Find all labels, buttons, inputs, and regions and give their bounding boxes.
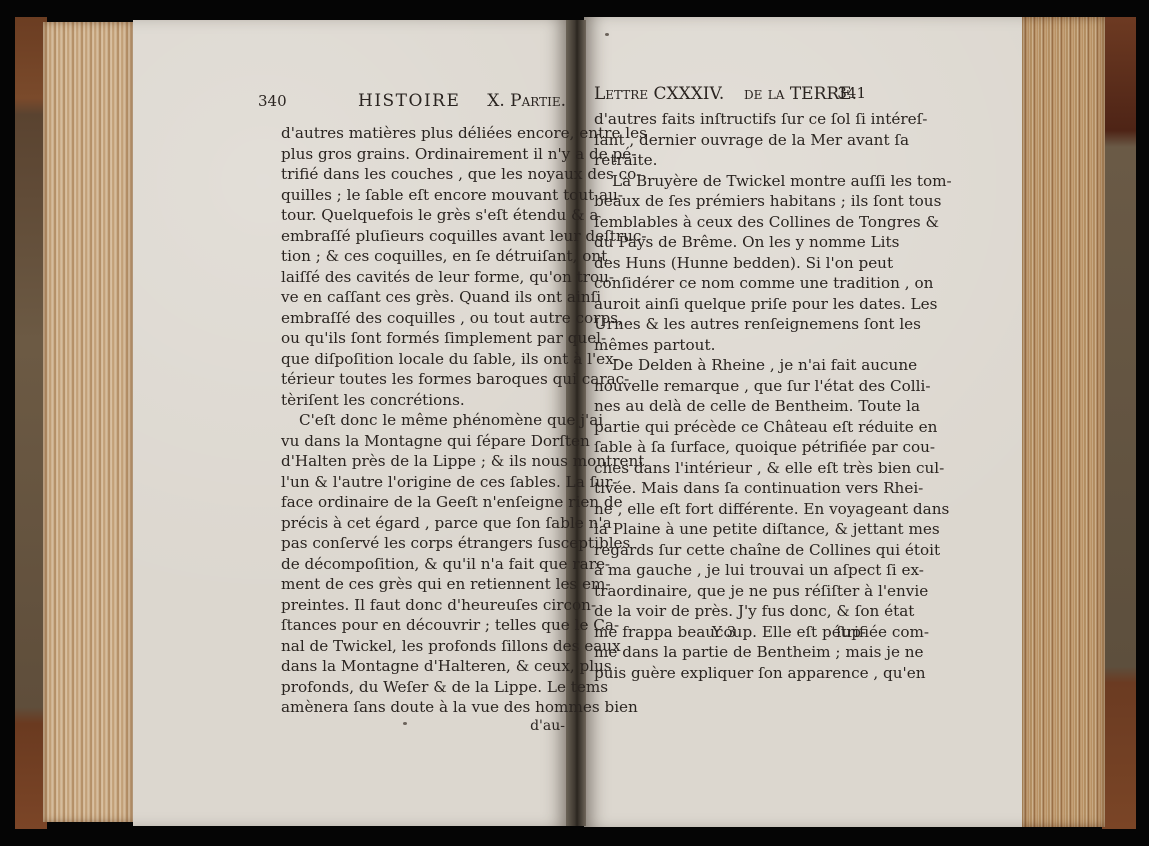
text-line: Urnes & les autres renſeignemens ſont le… <box>594 314 866 335</box>
text-line: tion ; & ces coquilles, en ſe détruiſant… <box>281 246 565 267</box>
text-line: ches dans l'intérieur , & elle eſt très … <box>594 458 866 479</box>
right-page-number: 341 <box>837 84 866 102</box>
text-line: ou qu'ils ſont formés ſimplement par que… <box>281 328 565 349</box>
text-line: embraſſé des coquilles , ou tout autre c… <box>281 308 565 329</box>
text-line: De Delden à Rheine , je n'ai fait aucune <box>594 355 866 376</box>
text-line: de décompoſition, & qu'il n'a fait que r… <box>281 554 565 575</box>
right-page-stack <box>1020 17 1105 827</box>
text-line: d'Halten près de la Lippe ; & ils nous m… <box>281 451 565 472</box>
left-page-stack <box>43 22 133 822</box>
text-line: ſemblables à ceux des Collines de Tongre… <box>594 212 866 233</box>
text-line: pas conſervé les corps étrangers ſuscept… <box>281 533 565 554</box>
paper-speck <box>403 722 407 725</box>
text-line: de la voir de près. J'y fus donc, & ſon … <box>594 601 866 622</box>
text-line: amènera ſans doute à la vue des hommes b… <box>281 697 565 718</box>
text-line: plus gros grains. Ordinairement il n'y a… <box>281 144 565 165</box>
text-line: embraſſé pluſieurs coquilles avant leur … <box>281 226 565 247</box>
text-line: nal de Twickel, les profonds ſillons des… <box>281 636 565 657</box>
left-page-number: 340 <box>258 92 287 110</box>
text-line: profonds, du Weſer & de la Lippe. Le tem… <box>281 677 565 698</box>
text-line: nes au delà de celle de Bentheim. Toute … <box>594 396 866 417</box>
text-line: tivée. Mais dans ſa continuation vers Rh… <box>594 478 866 499</box>
text-line: C'eſt donc le même phénomène que j'ai <box>281 410 565 431</box>
text-line: auroit ainſi quelque priſe pour les date… <box>594 294 866 315</box>
text-line: La Bruyère de Twickel montre auſſi les t… <box>594 171 866 192</box>
right-page-body: d'autres faits inſtructifs ſur ce ſol ſi… <box>594 109 866 683</box>
text-line: retraite. <box>594 150 866 171</box>
text-line: tèriſent les concrétions. <box>281 390 565 411</box>
text-line: dans la Montagne d'Halteren, & ceux, plu… <box>281 656 565 677</box>
right-catchword: ſup- <box>836 623 866 641</box>
text-line: ve en caſſant ces grès. Quand ils ont ai… <box>281 287 565 308</box>
paper-speck <box>605 33 609 36</box>
text-line: du Pays de Brême. On les y nomme Lits <box>594 232 866 253</box>
text-line: tour. Quelquefois le grès s'eſt étendu &… <box>281 205 565 226</box>
text-line: ſant , dernier ouvrage de la Mer avant ſ… <box>594 130 866 151</box>
text-line: d'autres faits inſtructifs ſur ce ſol ſi… <box>594 109 866 130</box>
right-cover-edge <box>1102 17 1136 829</box>
right-page-header: Lettre CXXXIV. de la TERRE. 341 <box>594 84 866 104</box>
text-line: ment de ces grès qui en retiennent les e… <box>281 574 565 595</box>
text-line: puis guère expliquer ſon apparence , qu'… <box>594 663 866 684</box>
text-line: trifié dans les couches , que les noyaux… <box>281 164 565 185</box>
text-line: conſidérer ce nom comme une tradition , … <box>594 273 866 294</box>
text-line: d'autres matières plus déliées encore, e… <box>281 123 565 144</box>
text-line: laiſſé des cavités de leur forme, qu'on … <box>281 267 565 288</box>
text-line: me dans la partie de Bentheim ; mais je … <box>594 642 866 663</box>
text-line: des Huns (Hunne bedden). Si l'on peut <box>594 253 866 274</box>
left-page-body: d'autres matières plus déliées encore, e… <box>281 123 565 718</box>
text-line: ſable à ſa ſurface, quoique pétrifiée pa… <box>594 437 866 458</box>
text-line: à ma gauche , je lui trouvai un aſpect ſ… <box>594 560 866 581</box>
right-letter-label: Lettre CXXXIV. <box>594 84 724 104</box>
text-line: regards ſur cette chaîne de Collines qui… <box>594 540 866 561</box>
left-page-header: 340 HISTOIRE X. Partie. <box>258 91 566 111</box>
text-line: l'un & l'autre l'origine de ces ſables. … <box>281 472 565 493</box>
open-book: 340 HISTOIRE X. Partie. d'autres matière… <box>0 0 1149 846</box>
text-line: mêmes partout. <box>594 335 866 356</box>
text-line: beaux de ſes prémiers habitans ; ils ſon… <box>594 191 866 212</box>
text-line: vu dans la Montagne qui ſépare Dorſten <box>281 431 565 452</box>
left-running-title: HISTOIRE <box>358 91 460 111</box>
text-line: face ordinaire de la Geeſt n'enſeigne ri… <box>281 492 565 513</box>
left-catchword: d'au- <box>530 718 565 734</box>
text-line: traordinaire, que je ne pus réſiſter à l… <box>594 581 866 602</box>
text-line: que diſpoſition locale du ſable, ils ont… <box>281 349 565 370</box>
text-line: précis à cet égard , parce que ſon ſable… <box>281 513 565 534</box>
text-line: quilles ; le ſable eſt encore mouvant to… <box>281 185 565 206</box>
text-line: partie qui précède ce Château eſt réduit… <box>594 417 866 438</box>
text-line: preintes. Il faut donc d'heureuſes circo… <box>281 595 565 616</box>
text-line: nouvelle remarque , que ſur l'état des C… <box>594 376 866 397</box>
text-line: la Plaine à une petite diſtance, & jetta… <box>594 519 866 540</box>
text-line: térieur toutes les formes baroques qui c… <box>281 369 565 390</box>
text-line: ſtances pour en découvrir ; telles que l… <box>281 615 565 636</box>
text-line: ne , elle eſt fort différente. En voyage… <box>594 499 866 520</box>
left-part-label: X. Partie. <box>487 91 566 111</box>
signature-mark: Y 3 <box>712 623 736 641</box>
